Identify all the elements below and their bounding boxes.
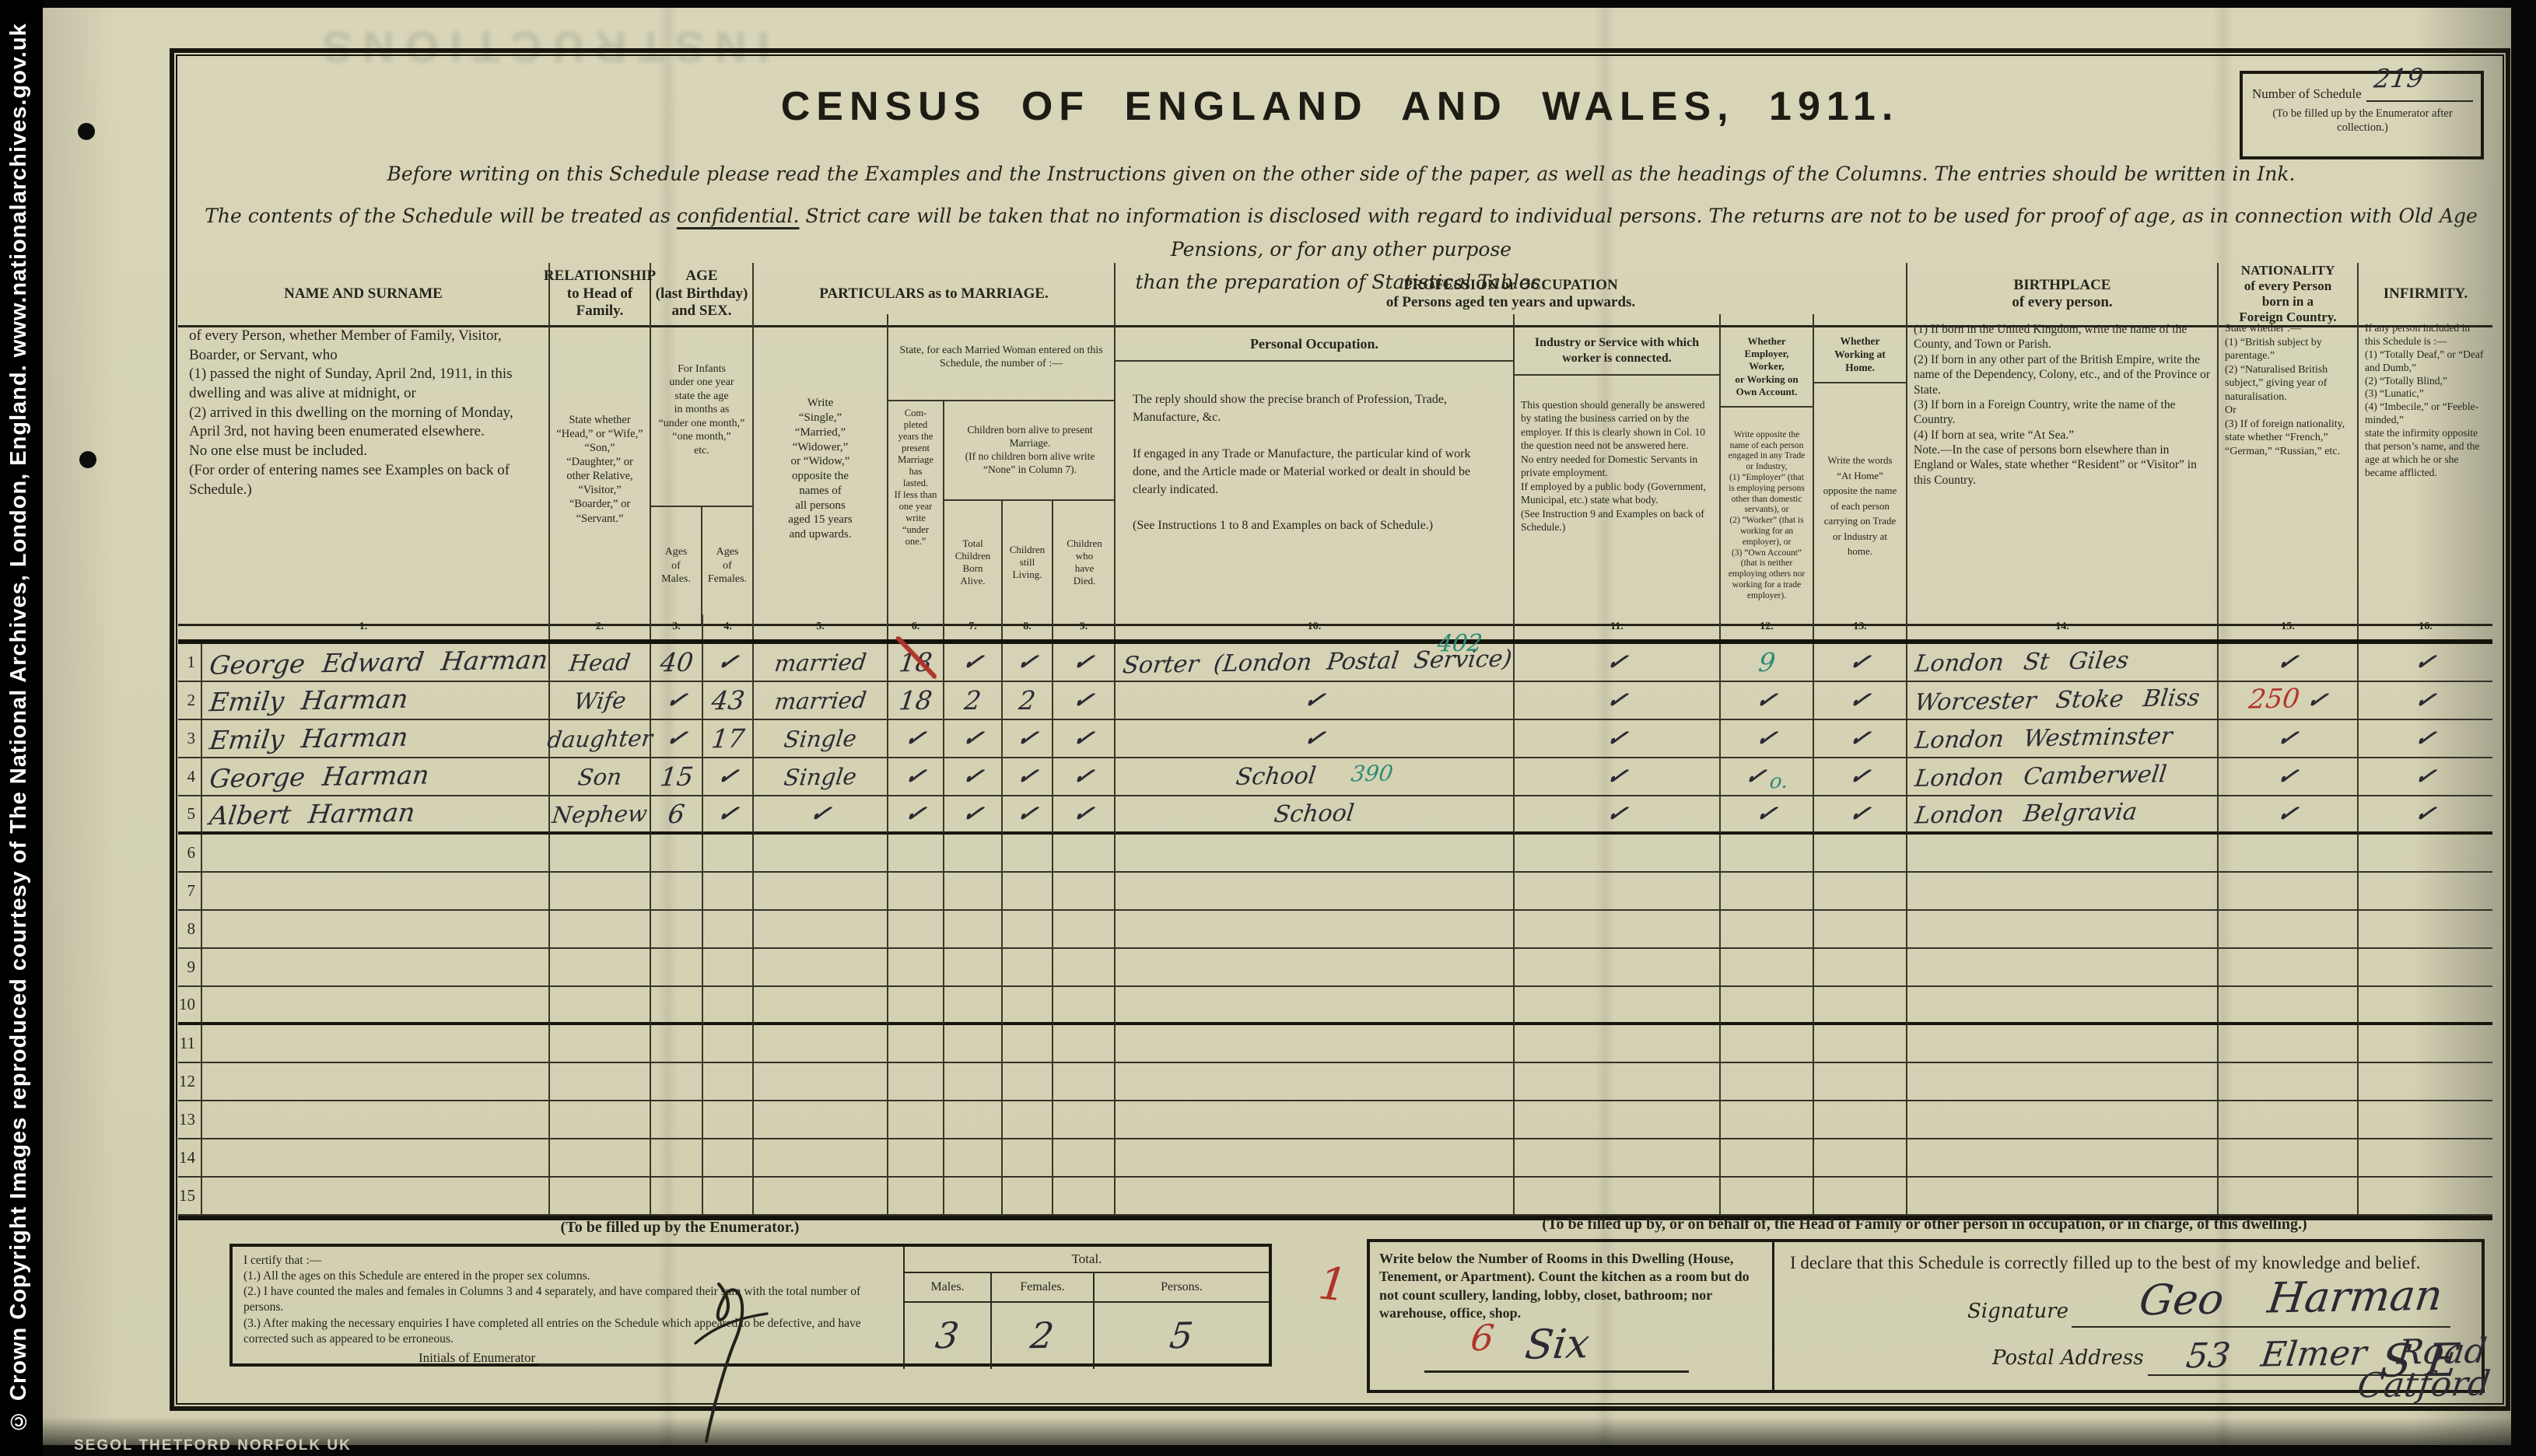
row-number: 7 [178, 873, 202, 911]
children-living-entry: ✓ [1014, 800, 1042, 828]
table-row: 12 [178, 1063, 2492, 1101]
column-number: 13. [1814, 614, 1907, 639]
empty-cell [703, 835, 754, 873]
empty-cell [1053, 1139, 1116, 1178]
census-scan-page: © Crown Copyright Images reproduced cour… [0, 0, 2536, 1456]
empty-cell [1515, 1139, 1721, 1178]
empty-cell [703, 1178, 754, 1216]
detail-ages-females: Ages of Females. [702, 507, 752, 624]
children-died-entry: ✓ [1070, 724, 1098, 753]
table-row: 5 Albert Harman Nephew 6 ✓ ✓ ✓ ✓ ✓ ✓ Sch… [178, 796, 2492, 835]
empty-cell [754, 1101, 888, 1139]
occupation-code-annotation: 390 [1350, 761, 1395, 787]
employer-entry: ✓ [1753, 724, 1781, 753]
table-row: 3 Emily Harman daughter ✓ 17 Single ✓ ✓ … [178, 720, 2492, 758]
empty-cell [1907, 949, 2219, 987]
children-born-entry: ✓ [959, 724, 987, 753]
rooms-value: Six [1522, 1321, 1592, 1368]
column-number: 12. [1721, 614, 1814, 639]
empty-cell [202, 1025, 550, 1063]
relationship-entry: Head [568, 649, 632, 676]
row-number: 10 [178, 987, 202, 1025]
detail-children-born-note: Children born alive to present Marriage.… [944, 401, 1116, 501]
age-females-entry: ✓ [714, 648, 742, 677]
empty-cell [1116, 949, 1515, 987]
children-died-entry: ✓ [1070, 648, 1098, 677]
empty-cell [550, 1178, 651, 1216]
empty-cell [888, 1063, 944, 1101]
enumerator-certification: I certify that :— (1.) All the ages on t… [233, 1247, 903, 1369]
name-entry: Albert Harman [208, 797, 416, 831]
rooms-rule [1424, 1370, 1689, 1373]
empty-cell [1814, 911, 1907, 949]
schedule-number-box: Number of Schedule 219 (To be filled up … [2240, 71, 2484, 159]
birthplace-entry: London St Giles [1914, 647, 2131, 678]
empty-cell [944, 1178, 1003, 1216]
detail-children-total: Total Children Born Alive. [944, 501, 1003, 624]
empty-cell [2359, 835, 2492, 873]
children-died-entry: ✓ [1070, 686, 1098, 715]
empty-cell [1003, 1025, 1053, 1063]
row-number: 11 [178, 1025, 202, 1063]
empty-cell [944, 911, 1003, 949]
empty-cell [1721, 949, 1814, 987]
empty-cell [202, 1178, 550, 1216]
empty-cell [651, 873, 703, 911]
scanner-watermark: SEGOL THETFORD NORFOLK UK [74, 1437, 352, 1454]
children-living-entry: 2 [1018, 685, 1038, 716]
empty-cell [1907, 873, 2219, 911]
infirmity-entry: ✓ [2412, 762, 2440, 791]
hole-punch [79, 451, 96, 468]
empty-cell [1003, 987, 1053, 1025]
empty-cell [2359, 1139, 2492, 1178]
empty-cell [1003, 1101, 1053, 1139]
age-males-entry: 6 [667, 799, 687, 829]
empty-cell [1721, 987, 1814, 1025]
empty-cell [2359, 1025, 2492, 1063]
empty-cell [1721, 1063, 1814, 1101]
hole-punch [78, 123, 95, 140]
empty-cell [1814, 1139, 1907, 1178]
table-row: 14 [178, 1139, 2492, 1178]
empty-cell [651, 835, 703, 873]
row-number: 1 [178, 644, 202, 682]
detail-married-woman-note: State, for each Married Woman entered on… [888, 314, 1114, 401]
detail-children-living: Children still Living. [1003, 501, 1053, 624]
employer-code-annotation: o. [1768, 769, 1789, 793]
empty-cell [1721, 1101, 1814, 1139]
signature-value: Geo Harman [2137, 1271, 2446, 1325]
empty-cell [1053, 949, 1116, 987]
empty-cell [703, 911, 754, 949]
table-row: 11 [178, 1025, 2492, 1063]
declaration-text: I declare that this Schedule is correctl… [1790, 1253, 2466, 1273]
empty-cell [651, 949, 703, 987]
occupation-entry: School [1234, 762, 1317, 791]
empty-cell [1907, 911, 2219, 949]
empty-cell [944, 949, 1003, 987]
table-row: 9 [178, 949, 2492, 987]
empty-cell [2219, 835, 2359, 873]
column-number: 16. [2359, 614, 2492, 639]
empty-cell [888, 1139, 944, 1178]
empty-cell [2359, 1178, 2492, 1216]
empty-cell [754, 835, 888, 873]
empty-cell [754, 1178, 888, 1216]
empty-cell [754, 1139, 888, 1178]
empty-cell [2219, 987, 2359, 1025]
empty-cell [1721, 911, 1814, 949]
industry-entry: ✓ [1603, 724, 1631, 753]
empty-cell [1116, 987, 1515, 1025]
empty-cell [1814, 1063, 1907, 1101]
copyright-sidebar: © Crown Copyright Images reproduced cour… [0, 0, 43, 1456]
column-number: 14. [1907, 614, 2219, 639]
row-number: 6 [178, 835, 202, 873]
empty-cell [651, 1063, 703, 1101]
empty-cell [1515, 1178, 1721, 1216]
total-label: Total. [905, 1247, 1269, 1273]
females-label: Females. [992, 1273, 1095, 1301]
instruction-line: Before writing on this Schedule please r… [201, 163, 2481, 185]
group-header-row: NAME AND SURNAME RELATIONSHIP to Head of… [178, 263, 2492, 314]
empty-cell [1907, 1025, 2219, 1063]
empty-cell [1721, 873, 1814, 911]
empty-cell [944, 987, 1003, 1025]
initials-label: Initials of Enumerator [419, 1350, 535, 1366]
empty-cell [202, 987, 550, 1025]
employer-entry: ✓ [1753, 800, 1781, 828]
table-row: 4 George Harman Son 15 ✓ Single ✓ ✓ ✓ ✓ … [178, 758, 2492, 796]
empty-cell [2219, 1139, 2359, 1178]
empty-cell [1003, 1139, 1053, 1178]
empty-cell [1053, 1063, 1116, 1101]
children-living-entry: ✓ [1014, 724, 1042, 753]
enumerator-initials-signature [672, 1269, 797, 1447]
row-number: 3 [178, 720, 202, 758]
children-born-entry: ✓ [959, 800, 987, 828]
detail-personal-occupation: Personal Occupation. The reply should sh… [1116, 314, 1515, 626]
empty-cell [1515, 1025, 1721, 1063]
detail-infirmity-body: If any person included in this Schedule … [2359, 314, 2492, 626]
empty-cell [944, 873, 1003, 911]
empty-cell [1814, 873, 1907, 911]
postal-address-label: Postal Address [1992, 1346, 2144, 1370]
empty-cell [1053, 911, 1116, 949]
persons-value: 5 [1168, 1314, 1196, 1357]
empty-cell [651, 911, 703, 949]
empty-cell [1721, 1025, 1814, 1063]
empty-cell [651, 987, 703, 1025]
empty-cell [2359, 873, 2492, 911]
empty-cell [888, 873, 944, 911]
empty-cell [1053, 835, 1116, 873]
empty-cell [1003, 1178, 1053, 1216]
children-born-entry: ✓ [959, 762, 987, 791]
signature-rule [2072, 1326, 2450, 1328]
at-home-entry: ✓ [1846, 800, 1874, 828]
birthplace-entry: London Westminster [1913, 723, 2173, 754]
empty-cell [1907, 987, 2219, 1025]
years-married-entry: 18 [898, 685, 934, 716]
column-number: 9. [1053, 614, 1116, 639]
table-row: 1 George Edward Harman Head 40 ✓ married… [178, 644, 2492, 682]
detail-nationality-body: State whether :— (1) “British subject by… [2219, 314, 2359, 626]
name-entry: Emily Harman [208, 722, 409, 755]
empty-cell [703, 949, 754, 987]
empty-cell [2359, 987, 2492, 1025]
children-living-entry: ✓ [1014, 762, 1042, 791]
empty-cell [550, 835, 651, 873]
table-row: 2 Emily Harman Wife ✓ 43 married 18 2 2 … [178, 682, 2492, 720]
marital-entry: married [773, 648, 868, 676]
empty-cell [550, 949, 651, 987]
empty-cell [2219, 911, 2359, 949]
rooms-red-figure: 6 [1469, 1317, 1497, 1360]
empty-cell [651, 1101, 703, 1139]
empty-cell [703, 1101, 754, 1139]
row-number: 4 [178, 758, 202, 796]
table-row: 13 [178, 1101, 2492, 1139]
relationship-entry: daughter [546, 724, 654, 752]
empty-cell [1907, 1139, 2219, 1178]
years-married-entry: ✓ [902, 762, 930, 791]
detail-name-instructions: of every Person, whether Member of Famil… [178, 314, 550, 626]
age-females-entry: 43 [709, 685, 746, 716]
census-table: NAME AND SURNAME RELATIONSHIP to Head of… [178, 263, 2492, 1220]
birthplace-entry: London Belgravia [1914, 799, 2139, 830]
empty-cell [1814, 1101, 1907, 1139]
children-living-entry: ✓ [1014, 648, 1042, 677]
detail-birthplace-body: (1) If born in the United Kingdom, write… [1907, 314, 2219, 626]
empty-cell [1053, 873, 1116, 911]
postal-district-flourish: S E [2378, 1333, 2463, 1388]
empty-cell [202, 911, 550, 949]
children-born-entry: 2 [963, 685, 983, 716]
empty-cell [1515, 1063, 1721, 1101]
empty-cell [1116, 911, 1515, 949]
empty-cell [888, 835, 944, 873]
empty-cell [2359, 1063, 2492, 1101]
confidential-rest: Strict care will be taken that no inform… [800, 205, 2478, 261]
bottom-edge-shadow [43, 1417, 2511, 1445]
empty-cell [1721, 1178, 1814, 1216]
empty-cell [1116, 835, 1515, 873]
empty-cell [1003, 835, 1053, 873]
empty-cell [944, 1101, 1003, 1139]
at-home-entry: ✓ [1846, 648, 1874, 677]
column-number: 8. [1003, 614, 1053, 639]
rooms-instructions: Write below the Number of Rooms in this … [1379, 1250, 1763, 1323]
empty-cell [944, 1025, 1003, 1063]
at-home-entry: ✓ [1846, 686, 1874, 715]
empty-cell [888, 911, 944, 949]
empty-cell [202, 949, 550, 987]
empty-cell [754, 1063, 888, 1101]
empty-cell [1814, 987, 1907, 1025]
empty-cell [1515, 873, 1721, 911]
birthplace-entry: London Camberwell [1913, 761, 2168, 793]
declaration-cell: I declare that this Schedule is correctl… [1774, 1242, 2482, 1390]
row-number: 5 [178, 796, 202, 835]
males-value: 3 [933, 1314, 962, 1357]
empty-cell [754, 873, 888, 911]
head-declaration-box: Write below the Number of Rooms in this … [1367, 1239, 2485, 1393]
empty-cell [888, 949, 944, 987]
detail-industry-heading: Industry or Service with which worker is… [1515, 329, 1719, 376]
relationship-entry: Wife [573, 687, 628, 714]
detail-marital-instructions: Write “Single,” “Married,” “Widower,” or… [754, 314, 888, 626]
occupation-code-annotation: 402 [1436, 630, 1484, 658]
empty-cell [550, 1139, 651, 1178]
empty-cell [2219, 1025, 2359, 1063]
occupation-entry: School [1273, 800, 1356, 828]
empty-cell [550, 987, 651, 1025]
infirmity-entry: ✓ [2412, 800, 2440, 828]
detail-married-woman-group: State, for each Married Woman entered on… [888, 314, 1116, 626]
empty-cell [1053, 987, 1116, 1025]
industry-entry: ✓ [1603, 762, 1631, 791]
detail-employer-worker: Whether Employer, Worker, or Working on … [1721, 314, 1814, 626]
empty-cell [1515, 1101, 1721, 1139]
relationship-entry: Nephew [551, 800, 649, 828]
row-number: 13 [178, 1101, 202, 1139]
empty-cell [550, 1101, 651, 1139]
enumerator-box: I certify that :— (1.) All the ages on t… [229, 1244, 1272, 1367]
name-entry: George Harman [208, 760, 431, 794]
empty-cell [550, 911, 651, 949]
empty-cell [888, 1025, 944, 1063]
column-number: 3. [651, 614, 703, 639]
confidential-pre: The contents of the Schedule will be tre… [205, 205, 677, 227]
at-home-entry: ✓ [1846, 762, 1874, 791]
empty-cell [1053, 1178, 1116, 1216]
red-tally-mark: 1 [1316, 1256, 1350, 1311]
nationality-entry: ✓ [2274, 724, 2302, 753]
empty-cell [1721, 1139, 1814, 1178]
empty-cell [2359, 949, 2492, 987]
detail-industry-service: Industry or Service with which worker is… [1515, 314, 1721, 626]
age-females-entry: 17 [709, 723, 746, 754]
empty-cell [1116, 1063, 1515, 1101]
empty-cell [1907, 1178, 2219, 1216]
relationship-entry: Son [576, 763, 623, 790]
empty-cell [202, 1139, 550, 1178]
empty-cell [1814, 1178, 1907, 1216]
empty-cell [2219, 1063, 2359, 1101]
empty-cell [202, 1063, 550, 1101]
employer-entry: ✓ [1753, 686, 1781, 715]
schedule-number-note: (To be filled up by the Enumerator after… [2252, 107, 2473, 135]
birthplace-entry: Worcester Stoke Bliss [1913, 684, 2201, 716]
nationality-entry: ✓ [2274, 648, 2302, 677]
empty-cell [1721, 835, 1814, 873]
nationality-entry: ✓ [2274, 762, 2302, 791]
empty-cell [2219, 1101, 2359, 1139]
empty-cell [1515, 949, 1721, 987]
age-males-entry: 40 [658, 647, 695, 678]
head-section-heading: (To be filled up by, or on behalf of, th… [1364, 1216, 2485, 1234]
marital-entry: Single [783, 725, 858, 753]
empty-cell [1814, 1025, 1907, 1063]
children-died-entry: ✓ [1070, 800, 1098, 828]
empty-cell [1053, 1101, 1116, 1139]
detail-occupation-heading: Personal Occupation. [1116, 329, 1513, 362]
detail-employer-heading: Whether Employer, Worker, or Working on … [1721, 329, 1813, 408]
column-number: 5. [754, 614, 888, 639]
empty-cell [1003, 1063, 1053, 1101]
table-row: 7 [178, 873, 2492, 911]
schedule-frame: CENSUS OF ENGLAND AND WALES, 1911. Numbe… [170, 48, 2510, 1411]
empty-cell [754, 911, 888, 949]
occupation-entry: ✓ [1301, 724, 1329, 753]
marital-entry: Single [783, 763, 858, 791]
empty-cell [550, 873, 651, 911]
age-females-entry: ✓ [714, 800, 742, 828]
table-row: 8 [178, 911, 2492, 949]
industry-entry: ✓ [1603, 648, 1631, 677]
table-row: 6 [178, 835, 2492, 873]
empty-cell [550, 1063, 651, 1101]
empty-cell [1515, 911, 1721, 949]
children-born-entry: ✓ [959, 648, 987, 677]
empty-cell [651, 1025, 703, 1063]
years-married-entry: ✓ [902, 800, 930, 828]
totals-block: Total. Males. Females. Persons. 3 2 5 [903, 1247, 1269, 1369]
infirmity-entry: ✓ [2412, 686, 2440, 715]
females-value: 2 [1028, 1314, 1056, 1357]
detail-employer-body: Write opposite the name of each person e… [1727, 430, 1806, 602]
row-number: 15 [178, 1178, 202, 1216]
empty-cell [1003, 949, 1053, 987]
row-number: 2 [178, 682, 202, 720]
marital-entry: ✓ [807, 800, 835, 828]
empty-cell [2359, 911, 2492, 949]
detail-header-row: of every Person, whether Member of Famil… [178, 314, 2492, 614]
table-row: 15 [178, 1178, 2492, 1216]
empty-cell [1003, 873, 1053, 911]
column-number: 4. [703, 614, 754, 639]
empty-cell [754, 987, 888, 1025]
copyright-text: © Crown Copyright Images reproduced cour… [6, 0, 32, 1456]
detail-children-died: Children who have Died. [1053, 501, 1116, 624]
industry-entry: ✓ [1603, 800, 1631, 828]
empty-cell [550, 1025, 651, 1063]
empty-cell [1907, 1101, 2219, 1139]
column-number-strip: 1. 2. 3. 4. 5. 6. 7. 8. 9. 10. 11. 12. 1… [178, 614, 2492, 644]
empty-cell [202, 835, 550, 873]
nationality-entry: ✓ [2303, 686, 2331, 715]
empty-cell [202, 1101, 550, 1139]
detail-occupation-body: The reply should show the precise branch… [1122, 384, 1507, 541]
at-home-entry: ✓ [1846, 724, 1874, 753]
children-died-entry: ✓ [1070, 762, 1098, 791]
empty-cell [1515, 987, 1721, 1025]
empty-cell [1814, 835, 1907, 873]
empty-cell [944, 1063, 1003, 1101]
empty-cell [754, 949, 888, 987]
empty-cell [944, 1139, 1003, 1178]
empty-cell [703, 1025, 754, 1063]
employer-entry: ✓ [1741, 762, 1769, 791]
detail-relationship-instructions: State whether “Head,” or “Wife,” “Son,” … [550, 314, 651, 626]
empty-cell [2219, 1178, 2359, 1216]
years-married-entry: 18 [898, 647, 934, 678]
row-number: 14 [178, 1139, 202, 1178]
empty-cell [888, 1178, 944, 1216]
empty-cell [651, 1139, 703, 1178]
